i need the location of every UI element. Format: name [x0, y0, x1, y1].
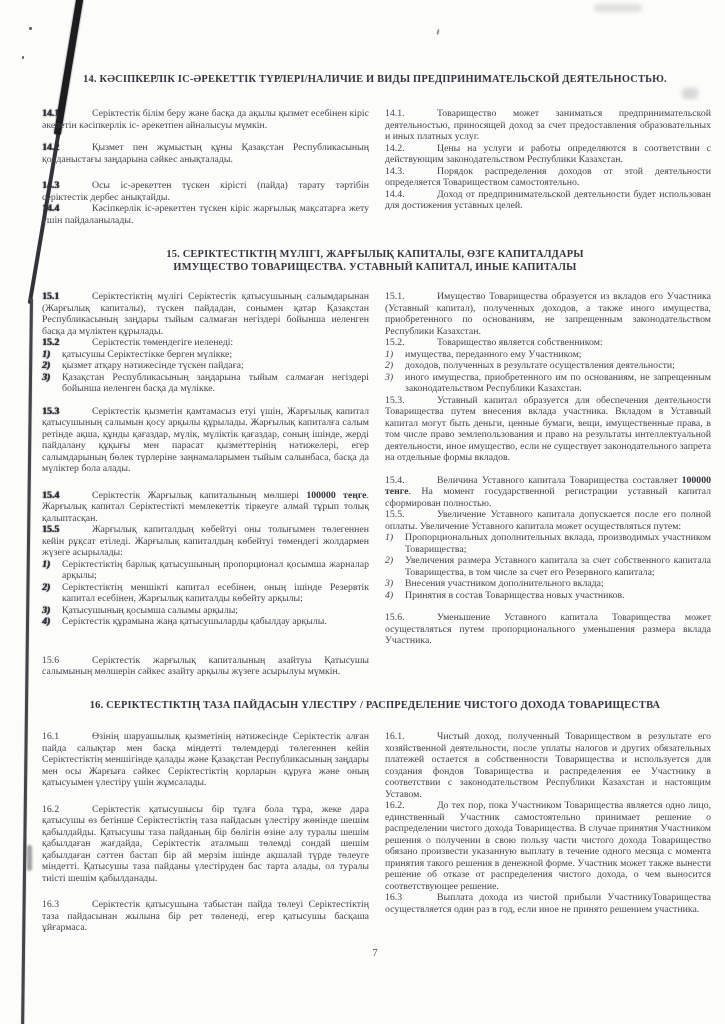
clause-number: 14.2: [42, 142, 92, 154]
list-text: қызмет атқару нәтижесінде түскен пайдаға…: [62, 360, 244, 371]
list-item-15-5-4-kk: 4)Серіктестік құрамына жаңа қатысушылард…: [42, 616, 369, 628]
clause-15-3-ru: 15.3.Уставный капитал образуется для обе…: [385, 395, 711, 464]
clause-text: Осы іс-әрекеттен түскен кірісті (пайда) …: [42, 180, 369, 203]
list-text: Увеличения размера Уставного капитала за…: [405, 555, 711, 578]
list-text: Серіктестік құрамына жаңа қатысушыларды …: [62, 616, 327, 627]
clause-number: 14.4.: [385, 189, 437, 201]
clause-15-3-kk: 15.3Серіктестік қызметін қамтамасыз етуі…: [42, 406, 369, 475]
list-marker: 2): [42, 360, 62, 372]
list-text: Қатысушының қосымша салымы арқылы;: [62, 605, 238, 616]
clause-text: Серіктестік қатысушысы бір тұлға бола тұ…: [42, 804, 369, 884]
clause-text: . На момент государственной регистрации …: [385, 486, 711, 509]
list-item-15-5-1-kk: 1)Серіктестіктің барлық қатысушының проп…: [42, 559, 369, 582]
clause-15-4-ru: 15.4.Величина Уставного капитала Товарищ…: [385, 475, 711, 510]
list-item-15-5-1-ru: 1)Пропорциональных дополнительных вклада…: [385, 532, 711, 555]
list-marker: 2): [385, 360, 405, 372]
capital-amount-kk: 100000 теңге: [306, 490, 366, 501]
clause-number: 14.3.: [385, 166, 437, 178]
scan-smear: [682, 88, 698, 99]
clause-text: Товарищество является собственником:: [437, 337, 603, 348]
list-item-15-5-2-ru: 2)Увеличения размера Уставного капитала …: [385, 555, 711, 578]
list-item-15-5-4-ru: 4)Принятия в состав Товарищества новых у…: [385, 590, 711, 602]
list-marker: 2): [385, 555, 405, 567]
clause-15-2-ru: 15.2.Товарищество является собственником…: [385, 337, 711, 349]
clause-text: Величина Уставного капитала Товарищества…: [437, 475, 682, 486]
clause-number: 15.6.: [385, 612, 437, 624]
list-item-15-2-3-kk: 3)Қазақстан Республикасының заңдарына ты…: [42, 372, 369, 395]
list-text: Қазақстан Республикасының заңдарына тыйы…: [62, 372, 369, 395]
clause-text: Серіктестік жарғылық капиталының азайтуы…: [42, 655, 369, 678]
clause-text: Кәсіпкерлік іс-әрекеттен түскен кіріс жа…: [42, 203, 369, 226]
page-number: 7: [0, 948, 725, 959]
ink-speck: [436, 29, 439, 35]
clause-text: Серіктестік білім беру және басқа да ақы…: [42, 108, 369, 131]
scan-smear: [594, 4, 642, 12]
clause-text: Серіктестіктің мүлігі Серіктестік қатысу…: [42, 291, 369, 337]
clause-number: 14.4: [42, 203, 92, 215]
section-14-column-kazakh: 14.1Серіктестік білім беру және басқа да…: [42, 108, 369, 226]
list-item-15-5-3-ru: 3)Внесения участником дополнительного вк…: [385, 578, 711, 590]
list-marker: 1): [42, 559, 62, 571]
clause-16-3-ru: 16.3Выплата дохода из чистой прибыли Уча…: [385, 892, 711, 915]
section-16-column-russian: 16.1.Чистый доход, полученный Товарищест…: [385, 731, 711, 915]
clause-number: 16.1.: [385, 731, 437, 743]
clause-number: 16.1: [42, 731, 92, 743]
clause-14-3-ru: 14.3.Порядок распределения доходов от эт…: [385, 166, 711, 189]
clause-number: 15.4.: [385, 475, 437, 487]
list-item-15-2-1-ru: 1)имущества, переданного ему Участником;: [385, 349, 711, 361]
list-marker: 3): [42, 372, 62, 384]
list-marker: 1): [385, 349, 405, 361]
clause-number: 15.5: [42, 524, 92, 536]
clause-15-2-kk: 15.2Серіктестік төмендегіге иеленеді:: [42, 337, 369, 349]
clause-text: Серіктестік қызметін қамтамасыз етуі үші…: [42, 406, 369, 475]
list-text: Пропорциональных дополнительных вклада, …: [405, 532, 711, 555]
clause-number: 15.3: [42, 406, 92, 418]
list-item-15-2-2-ru: 2)доходов, полученных в результате осуще…: [385, 360, 711, 372]
clause-15-1-kk: 15.1Серіктестіктің мүлігі Серіктестік қа…: [42, 291, 369, 337]
clause-14-4-kk: 14.4Кәсіпкерлік іс-әрекеттен түскен кірі…: [42, 203, 369, 226]
clause-text: Серіктестік Жарғылық капиталының мөлшері: [92, 490, 306, 501]
list-marker: 3): [42, 605, 62, 617]
section-16-column-kazakh: 16.1Өзінің шаруашылық қызметінің нәтижес…: [42, 731, 369, 934]
clause-14-1-kk: 14.1Серіктестік білім беру және басқа да…: [42, 108, 369, 131]
section-15-column-kazakh: 15.1Серіктестіктің мүлігі Серіктестік қа…: [42, 291, 369, 678]
clause-15-6-kk: 15.6Серіктестік жарғылық капиталының аза…: [42, 655, 369, 678]
clause-number: 15.4: [42, 490, 92, 502]
scanned-document-page: 14. КӘСІПКЕРЛІК ІС-ӘРЕКЕТТІК ТҮРЛЕРІ/НАЛ…: [0, 0, 725, 1024]
list-marker: 1): [42, 349, 62, 361]
scan-smear: [27, 845, 32, 871]
ink-speck: [29, 27, 32, 30]
list-text: қатысушы Серіктестікке берген мүлікке;: [62, 349, 232, 360]
clause-16-2-kk: 16.2Серіктестік қатысушысы бір тұлға бол…: [42, 804, 369, 885]
list-text: имущества, переданного ему Участником;: [405, 349, 582, 360]
clause-15-5-ru: 15.5.Увеличение Уставного капитала допус…: [385, 509, 711, 532]
clause-number: 14.1.: [385, 108, 437, 120]
section-15-column-russian: 15.1.Имущество Товарищества образуется и…: [385, 291, 711, 647]
clause-number: 15.5.: [385, 509, 437, 521]
list-item-15-5-3-kk: 3)Қатысушының қосымша салымы арқылы;: [42, 605, 369, 617]
clause-number: 16.2.: [385, 800, 437, 812]
list-marker: 2): [42, 582, 62, 594]
scan-edge-line-lower: [21, 298, 33, 1024]
clause-number: 14.2.: [385, 143, 437, 155]
clause-number: 15.2.: [385, 337, 437, 349]
list-item-15-2-1-kk: 1)қатысушы Серіктестікке берген мүлікке;: [42, 349, 369, 361]
section-14-heading: 14. КӘСІПКЕРЛІК ІС-ӘРЕКЕТТІК ТҮРЛЕРІ/НАЛ…: [40, 73, 710, 86]
clause-text: Жарғылық капиталдың көбейтуі оны толығым…: [42, 524, 369, 558]
list-text: Серіктестіктің барлық қатысушының пропор…: [62, 559, 369, 582]
clause-15-6-ru: 15.6.Уменьшение Уставного капитала Товар…: [385, 612, 711, 647]
clause-16-1-kk: 16.1Өзінің шаруашылық қызметінің нәтижес…: [42, 731, 369, 789]
section-15-heading-kazakh: 15. СЕРІКТЕСТІКТІҢ МҮЛІГІ, ЖАРҒЫЛЫҚ КАПИ…: [40, 248, 710, 261]
list-item-15-2-3-ru: 3)иного имущества, приобретенного им по …: [385, 372, 711, 395]
clause-15-5-kk: 15.5Жарғылық капиталдың көбейтуі оны тол…: [42, 524, 369, 559]
clause-number: 16.2: [42, 804, 92, 816]
list-text: Серіктестіктің меншікті капитал есебінен…: [62, 582, 369, 605]
clause-text: Серіктестік төмендегіге иеленеді:: [92, 337, 233, 348]
clause-14-4-ru: 14.4.Доход от предпринимательской деятел…: [385, 189, 711, 212]
clause-14-3-kk: 14.3Осы іс-әрекеттен түскен кірісті (пай…: [42, 180, 369, 203]
list-marker: 4): [42, 616, 62, 628]
list-marker: 1): [385, 532, 405, 544]
clause-14-2-ru: 14.2.Цены на услуги и работы определяютс…: [385, 143, 711, 166]
clause-14-1-ru: 14.1.Товарищество может заниматься предп…: [385, 108, 711, 143]
clause-text: Серіктестік қатысушына табыстан пайда тө…: [42, 899, 369, 933]
clause-16-2-ru: 16.2.До тех пор, пока Участником Товарищ…: [385, 800, 711, 892]
clause-15-1-ru: 15.1.Имущество Товарищества образуется и…: [385, 291, 711, 337]
section-16-heading: 16. СЕРІКТЕСТІКТІҢ ТАЗА ПАЙДАСЫН ҮЛЕСТІР…: [40, 699, 710, 712]
clause-16-3-kk: 16.3Серіктестік қатысушына табыстан пайд…: [42, 899, 369, 934]
list-text: Внесения участником дополнительного вкла…: [405, 578, 604, 589]
list-marker: 3): [385, 578, 405, 590]
section-15-heading-russian: ИМУЩЕСТВО ТОВАРИЩЕСТВА. УСТАВНЫЙ КАПИТАЛ…: [40, 261, 710, 274]
clause-number: 15.3.: [385, 395, 437, 407]
clause-text: Өзінің шаруашылық қызметінің нәтижесінде…: [42, 731, 369, 788]
clause-number: 16.3: [385, 892, 437, 904]
clause-number: 15.6: [42, 655, 92, 667]
clause-number: 14.3: [42, 180, 92, 192]
clause-number: 15.1: [42, 291, 92, 303]
list-item-15-2-2-kk: 2)қызмет атқару нәтижесінде түскен пайда…: [42, 360, 369, 372]
clause-14-2-kk: 14.2Қызмет пен жұмыстың құны Қазақстан Р…: [42, 142, 369, 165]
clause-text: До тех пор, пока Участником Товарищества…: [385, 800, 711, 892]
list-marker: 3): [385, 372, 405, 384]
list-item-15-5-2-kk: 2)Серіктестіктің меншікті капитал есебін…: [42, 582, 369, 605]
clause-16-1-ru: 16.1.Чистый доход, полученный Товарищест…: [385, 731, 711, 800]
section-14-column-russian: 14.1.Товарищество может заниматься предп…: [385, 108, 711, 212]
clause-number: 14.1: [42, 108, 92, 120]
list-text: иного имущества, приобретенного им по ос…: [405, 372, 711, 395]
clause-15-4-kk: 15.4Серіктестік Жарғылық капиталының мөл…: [42, 490, 369, 525]
list-text: Принятия в состав Товарищества новых уча…: [405, 590, 625, 601]
list-text: доходов, полученных в результате осущест…: [405, 360, 675, 371]
clause-number: 15.2: [42, 337, 92, 349]
list-marker: 4): [385, 590, 405, 602]
clause-text: Қызмет пен жұмыстың құны Қазақстан Респу…: [42, 142, 369, 165]
clause-number: 15.1.: [385, 291, 437, 303]
clause-number: 16.3: [42, 899, 92, 911]
ink-speck: [22, 56, 24, 59]
